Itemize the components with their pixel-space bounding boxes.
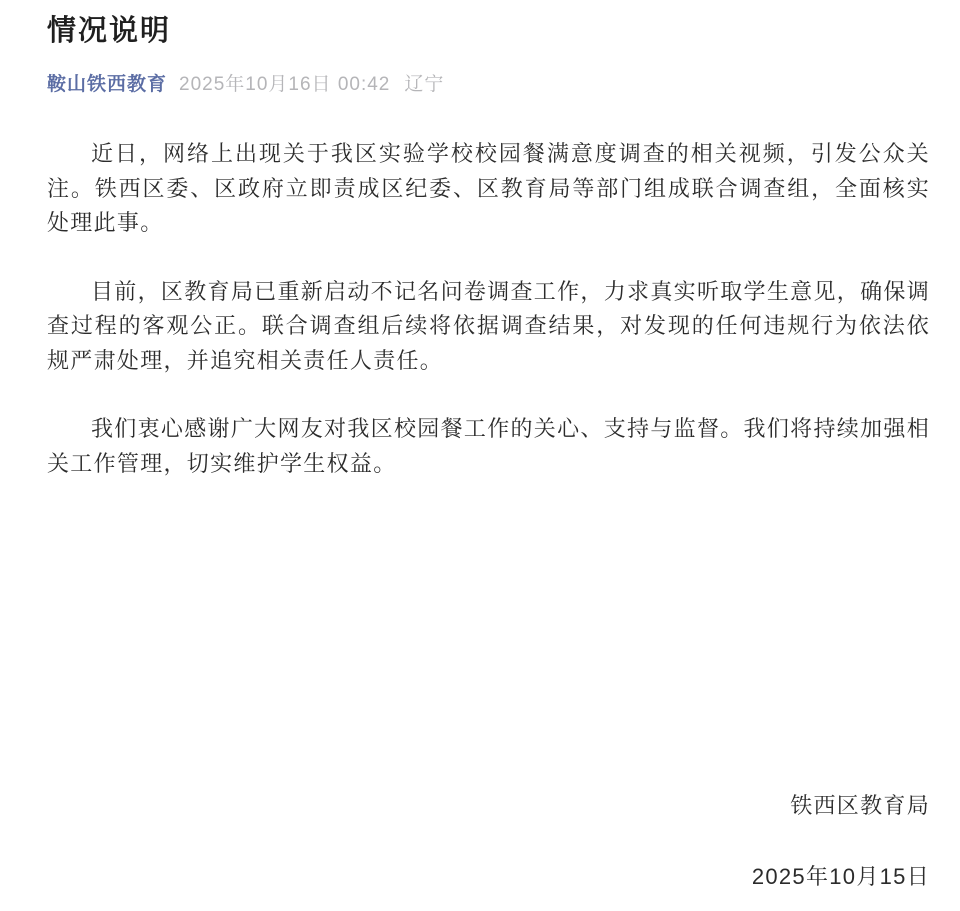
author-link[interactable]: 鞍山铁西教育: [47, 74, 167, 95]
post-location: 辽宁: [404, 74, 444, 95]
body-paragraph: 近日，网络上出现关于我区实验学校校园餐满意度调查的相关视频，引发公众关注。铁西区…: [47, 137, 930, 241]
body-paragraph: 我们衷心感谢广大网友对我区校园餐工作的关心、支持与监督。我们将持续加强相关工作管…: [47, 412, 930, 481]
signature-date: 2025年10月15日: [47, 860, 930, 895]
signature: 铁西区教育局: [47, 789, 930, 824]
post-body: 近日，网络上出现关于我区实验学校校园餐满意度调查的相关视频，引发公众关注。铁西区…: [47, 137, 930, 481]
post-container: 情况说明 鞍山铁西教育2025年10月16日 00:42辽宁 近日，网络上出现关…: [0, 0, 960, 911]
page-title: 情况说明: [47, 14, 930, 49]
byline: 鞍山铁西教育2025年10月16日 00:42辽宁: [47, 73, 930, 97]
body-paragraph: 目前，区教育局已重新启动不记名问卷调查工作，力求真实听取学生意见，确保调查过程的…: [47, 275, 930, 379]
post-timestamp: 2025年10月16日 00:42: [179, 74, 390, 95]
signature-block: 铁西区教育局 2025年10月15日: [47, 789, 930, 894]
